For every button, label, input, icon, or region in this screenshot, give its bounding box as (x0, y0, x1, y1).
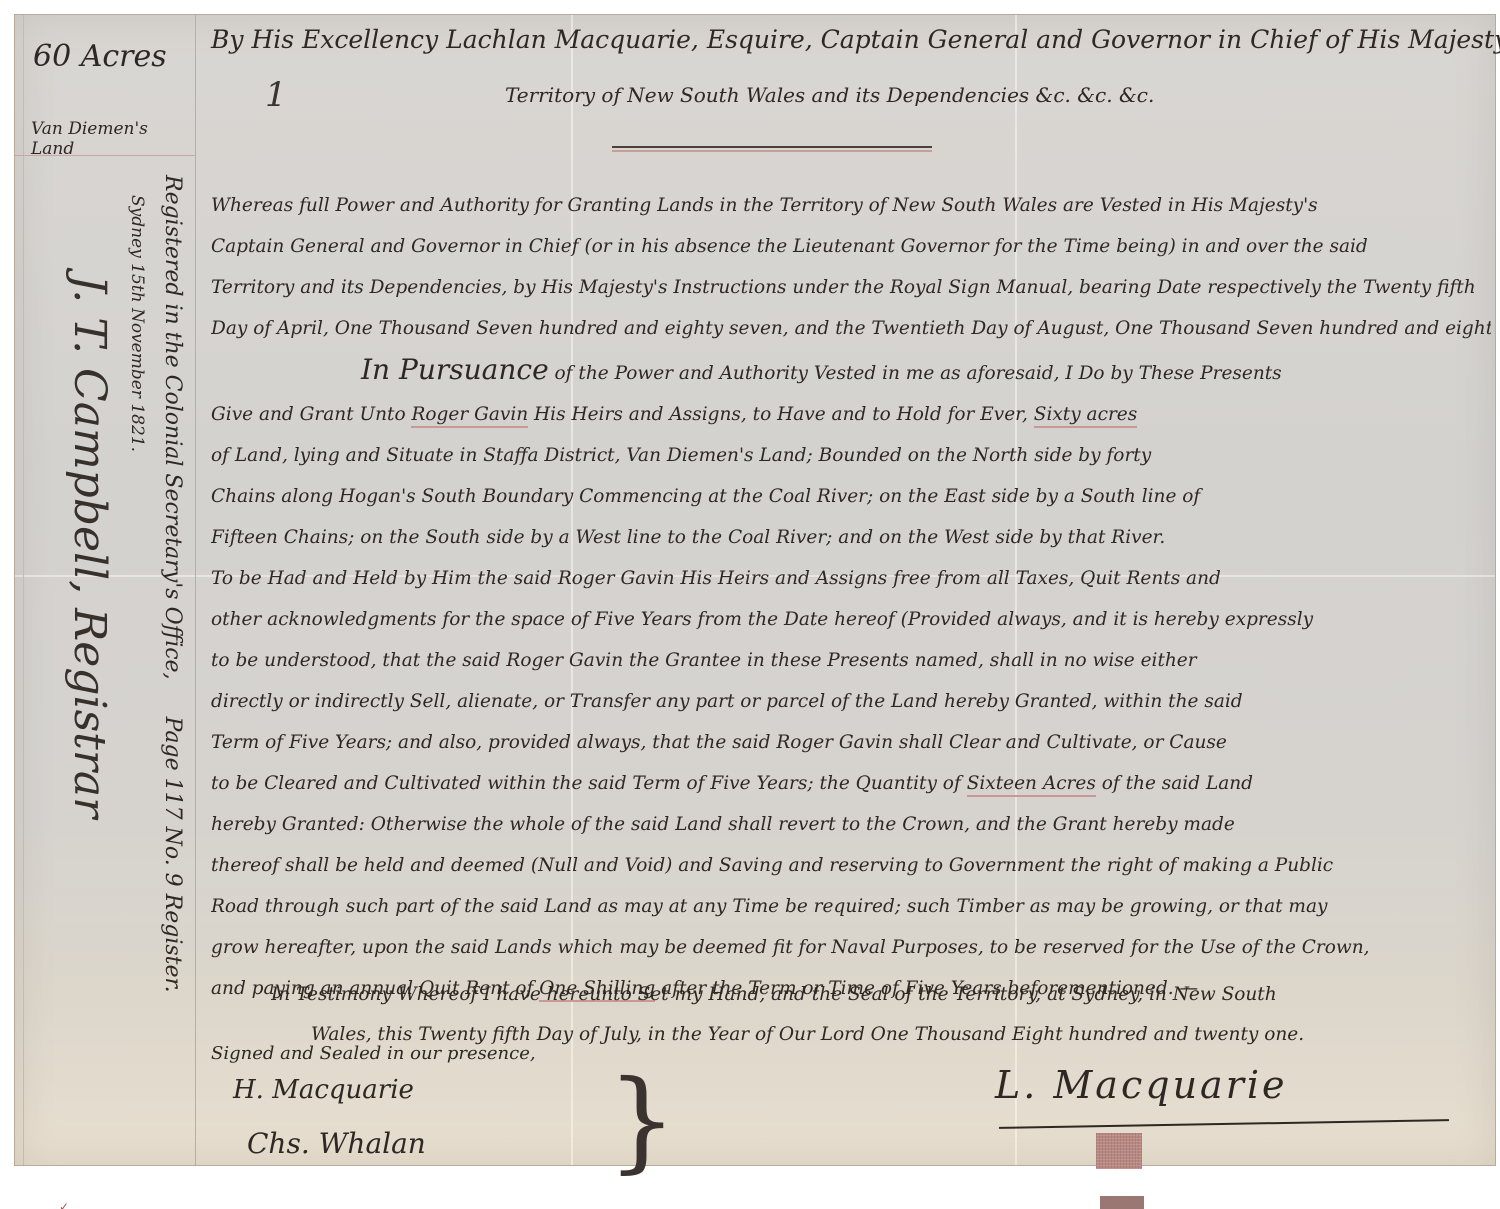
registration-note: Registered in the Colonial Secretary's O… (160, 175, 185, 993)
grant-area: Sixty acres (1034, 404, 1137, 428)
signature-underline (999, 1119, 1449, 1129)
grant-line: Chains along Hogan's South Boundary Comm… (211, 476, 1491, 517)
district-label: Van Diemen's Land (31, 119, 195, 159)
grant-line: Fifteen Chains; on the South side by a W… (211, 517, 1491, 558)
governor-signature: L. Macquarie (995, 1063, 1288, 1107)
grant-line: hereby Granted: Otherwise the whole of t… (211, 804, 1491, 845)
preamble-line: Whereas full Power and Authority for Gra… (211, 185, 1491, 226)
grant-line-text: His Heirs and Assigns, to Have and to Ho… (528, 404, 1034, 425)
grant-body: Whereas full Power and Authority for Gra… (211, 185, 1491, 1009)
grant-line: of Land, lying and Situate in Staffa Dis… (211, 435, 1491, 476)
grant-line: Road through such part of the said Land … (211, 886, 1491, 927)
witness-brace: } (607, 1065, 677, 1175)
witness-signature-1: H. Macquarie (233, 1075, 414, 1105)
grant-line: to be understood, that the said Roger Ga… (211, 640, 1491, 681)
grant-line-text: Give and Grant Unto (211, 404, 411, 425)
folio-mark: 1 (265, 75, 287, 115)
preamble-line: Captain General and Governor in Chief (o… (211, 226, 1491, 267)
pencil-tick-mark: ✓ (59, 1200, 69, 1209)
grant-line-text: to be Cleared and Cultivated within the … (211, 773, 967, 794)
grant-line: To be Had and Held by Him the said Roger… (211, 558, 1491, 599)
grant-line: Give and Grant Unto Roger Gavin His Heir… (211, 394, 1491, 435)
register-reference: Page 117 No. 9 Register. (160, 717, 185, 993)
grant-opening: In Pursuance (361, 353, 549, 386)
heading-rule (612, 146, 932, 148)
heading-rule-red (612, 150, 932, 152)
grant-line: other acknowledgments for the space of F… (211, 599, 1491, 640)
margin-red-line (23, 15, 24, 1165)
margin-column: 60 Acres Van Diemen's Land Registered in… (15, 15, 196, 1165)
grant-line: to be Cleared and Cultivated within the … (211, 763, 1491, 804)
registrar-signature: J. T. Campbell, Registrar (64, 275, 115, 818)
preamble-line: Day of April, One Thousand Seven hundred… (211, 308, 1491, 349)
grant-line: Term of Five Years; and also, provided a… (211, 722, 1491, 763)
grant-line: directly or indirectly Sell, alienate, o… (211, 681, 1491, 722)
seal-ribbon-tail (1100, 1196, 1144, 1209)
land-grant-document: 60 Acres Van Diemen's Land Registered in… (14, 14, 1496, 1166)
seal-ribbon (1096, 1133, 1142, 1169)
grant-line-text: of the said Land (1096, 773, 1253, 794)
heading-line-1: By His Excellency Lachlan Macquarie, Esq… (211, 25, 1500, 54)
registration-date: Sydney 15th November 1821. (127, 195, 147, 452)
witness-label: Signed and Sealed in our presence, (211, 1043, 536, 1064)
acreage-label: 60 Acres (33, 39, 167, 74)
preamble-line: Territory and its Dependencies, by His M… (211, 267, 1491, 308)
witness-signature-2: Chs. Whalan (247, 1127, 426, 1160)
grant-line: thereof shall be held and deemed (Null a… (211, 845, 1491, 886)
heading-line-2: Territory of New South Wales and its Dep… (505, 83, 1154, 107)
grant-opening-line: In Pursuance of the Power and Authority … (211, 349, 1491, 394)
grantee-name: Roger Gavin (411, 404, 528, 428)
cultivation-quantity: Sixteen Acres (967, 773, 1096, 797)
testimony-line: In Testimony Whereof I have hereunto Set… (271, 975, 1500, 1015)
grant-line: grow hereafter, upon the said Lands whic… (211, 927, 1491, 968)
grant-line-text: of the Power and Authority Vested in me … (549, 363, 1282, 384)
registration-line-1: Registered in the Colonial Secretary's O… (160, 175, 185, 680)
